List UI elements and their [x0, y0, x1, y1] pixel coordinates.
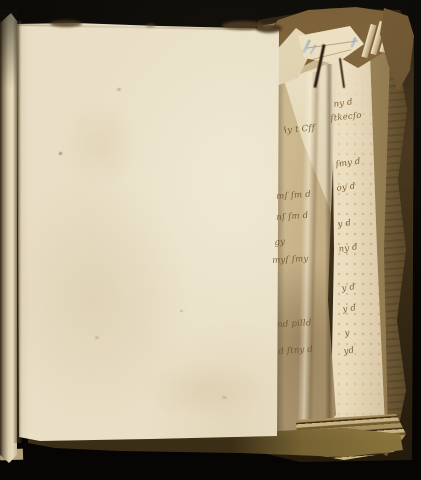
handwriting-fragment: myſ ſmy: [272, 254, 309, 266]
gutter-crease: [13, 21, 22, 443]
foxing-spot: [95, 336, 99, 339]
burn-stain: [50, 20, 82, 27]
handwriting-fragment: gy: [274, 237, 286, 248]
handwriting-fragment: y d: [337, 218, 352, 230]
foxing-spot: [222, 396, 227, 399]
handwriting-fragment: yd: [343, 346, 355, 357]
burn-stain: [256, 24, 282, 33]
handwriting-fragment: y d: [341, 282, 356, 294]
handwriting-fragment: y d: [342, 303, 357, 315]
burn-stain: [146, 24, 155, 27]
handwriting-fragment: nd pilld: [277, 318, 312, 330]
manuscript-photo: ꝇy t Cff mſ ſm d nſ ſm d gy myſ ſmy nd p…: [0, 0, 421, 480]
foxing-stain: [140, 360, 270, 420]
foxing-stain: [60, 100, 140, 190]
foxing-spot: [180, 310, 183, 312]
foxing-spot: [117, 88, 121, 91]
foxing-spot: [59, 152, 62, 155]
